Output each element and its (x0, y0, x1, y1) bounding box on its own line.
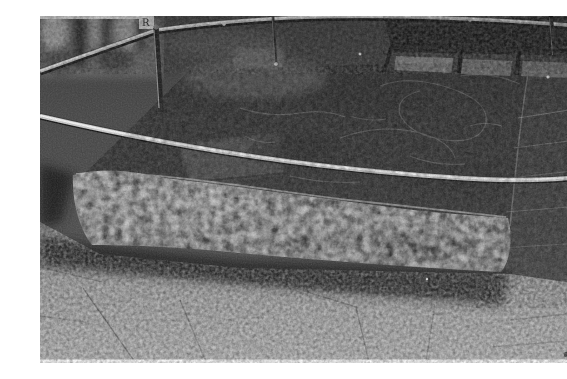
photograph: R (40, 16, 567, 363)
tonal-veil (40, 16, 567, 363)
photo-canvas: R (40, 16, 567, 363)
